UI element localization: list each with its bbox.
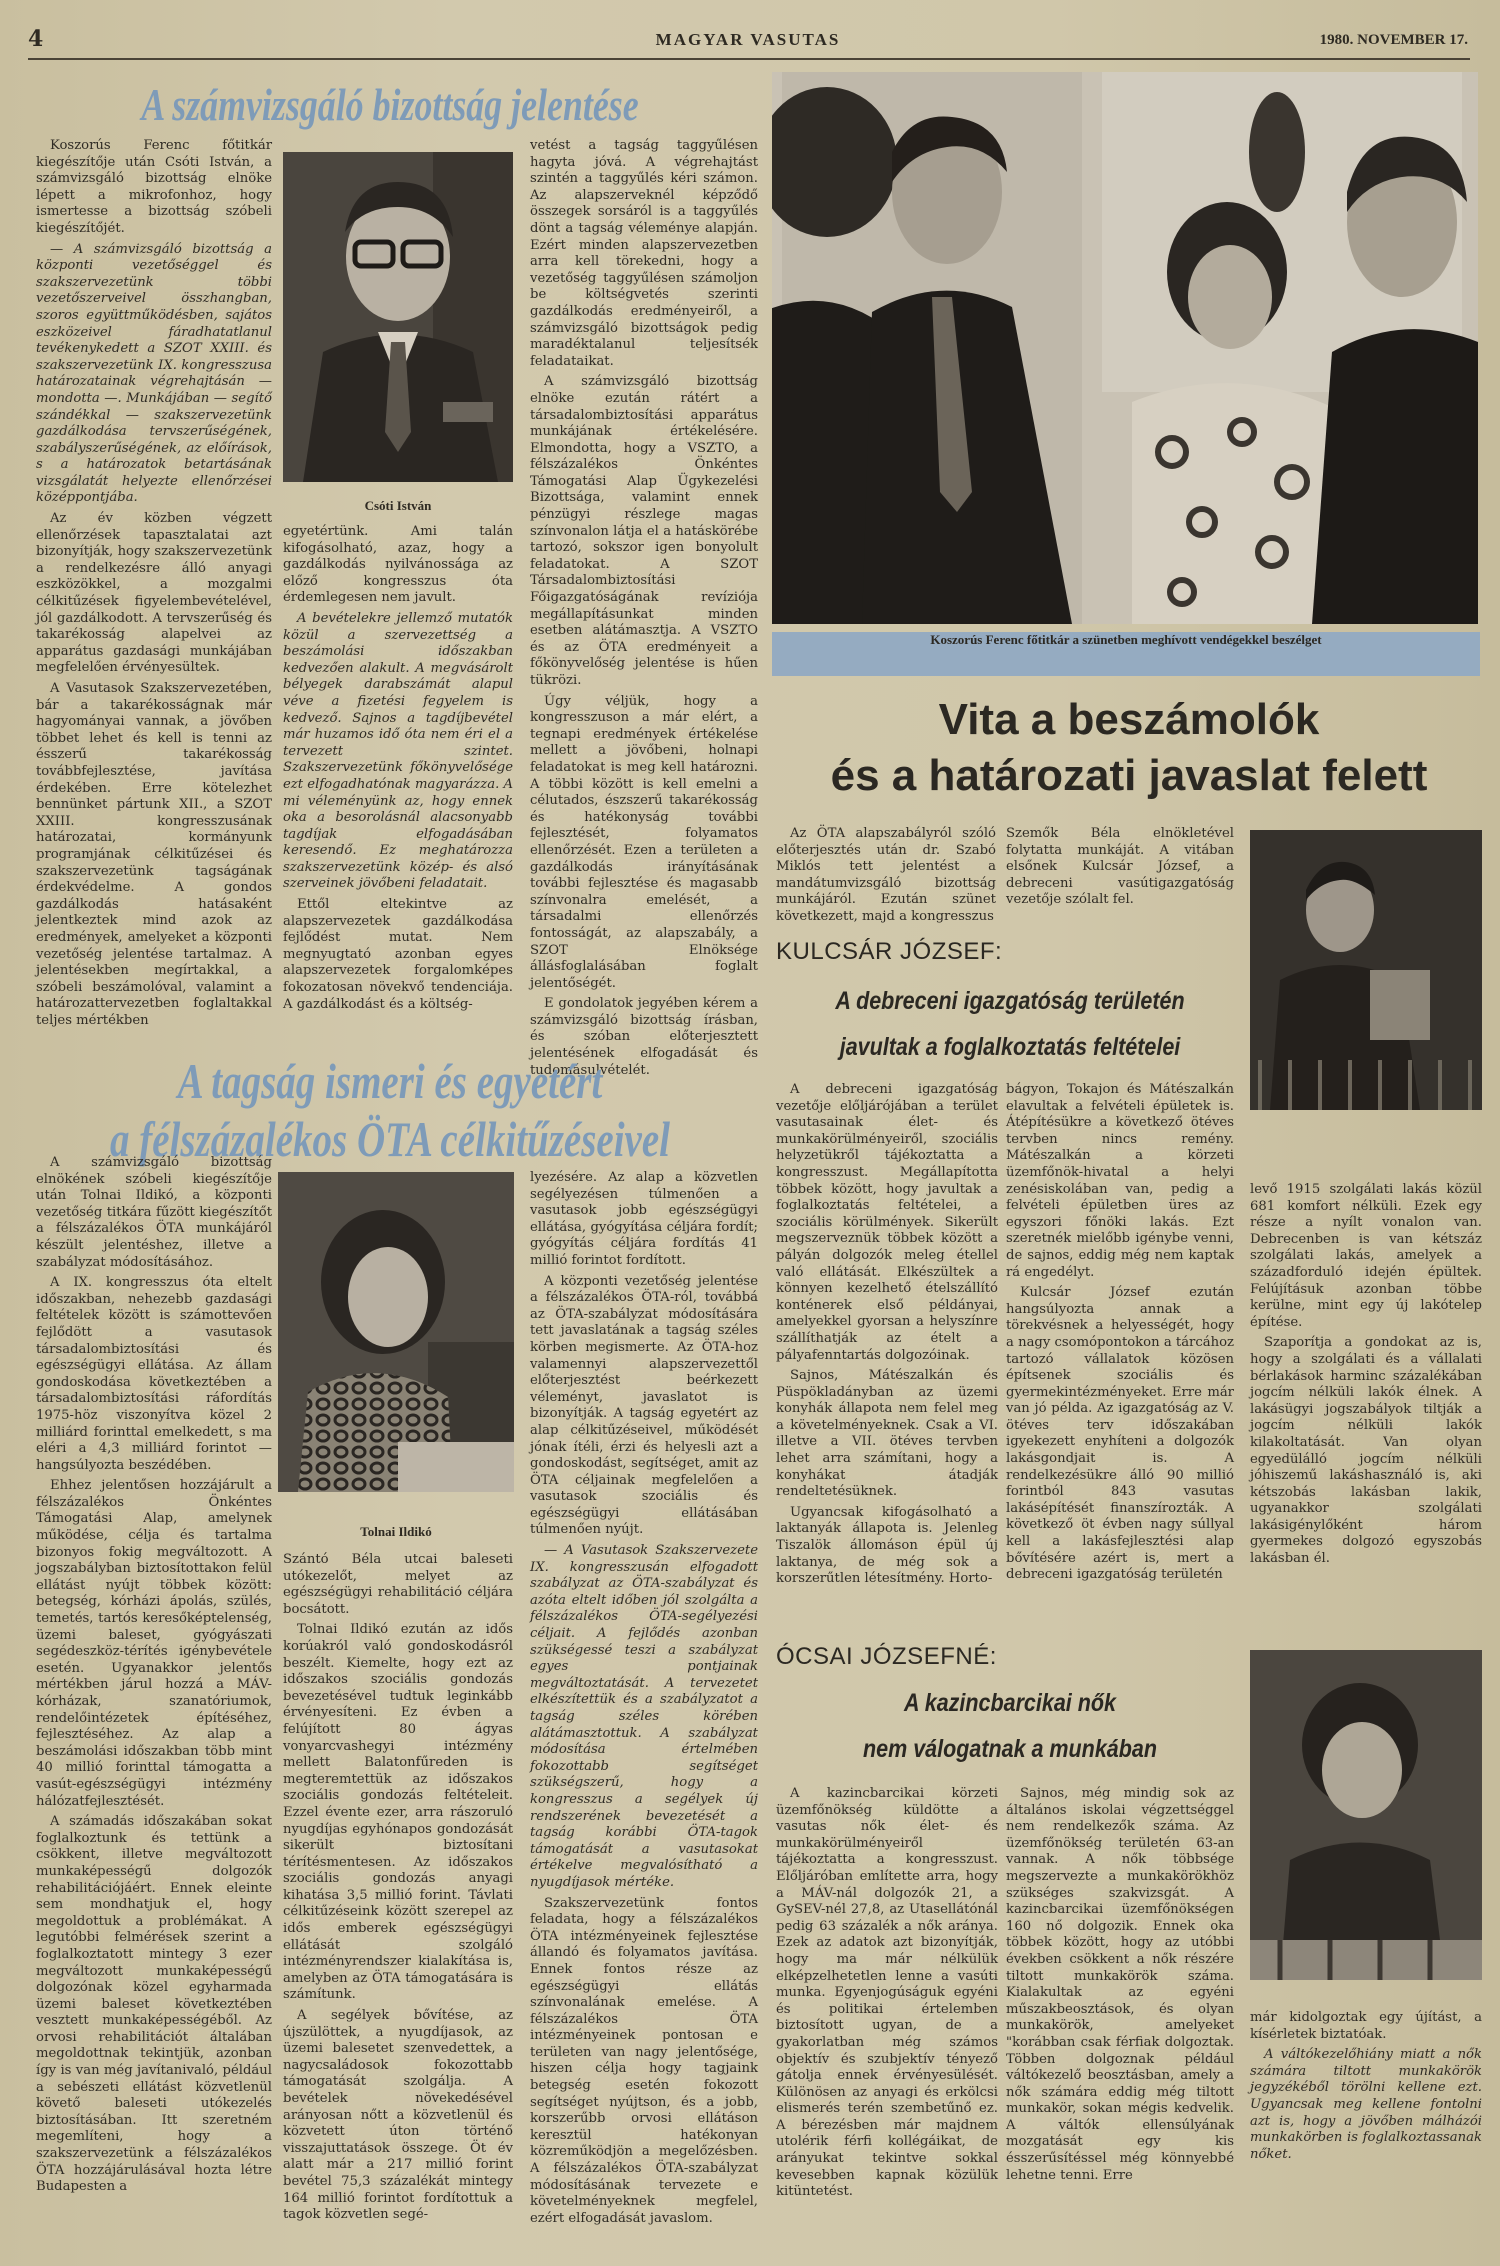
paragraph: Sajnos, Mátészalkán és Püspökladányban a… (776, 1368, 998, 1501)
portrait-woman-icon (278, 1172, 514, 1492)
paragraph: Az ÖTA alapszabályról szóló előterjeszté… (776, 826, 996, 926)
article3-intro-col1: Az ÖTA alapszabályról szóló előterjeszté… (776, 826, 996, 930)
article1-headline: A számvizsgáló bizottság jelentése (101, 78, 678, 132)
paragraph: Sajnos, még mindig sok az általános isko… (1006, 1786, 1234, 2184)
paragraph: A számvizsgáló bizottság elnökének szóbe… (36, 1155, 272, 1271)
publication-title: MAGYAR VASUTAS (28, 30, 1468, 50)
photo-caption-tolnai-ildiko: Tolnai Ildikó (278, 1524, 514, 1540)
photo-caption-bar: Koszorús Ferenc főtitkár a szünetben meg… (772, 632, 1480, 676)
article3-headline-line1: Vita a beszámolók (776, 694, 1482, 746)
issue-date: 1980. NOVEMBER 17. (1320, 32, 1468, 49)
masthead-rule (28, 58, 1470, 60)
paragraph: A bevételekre jellemző mutatók közül a s… (283, 611, 513, 893)
paragraph: Szemők Béla elnökletével folytatta munká… (1006, 826, 1234, 909)
paragraph: Szaporítja a gondokat az is, hogy a szol… (1250, 1335, 1482, 1567)
paragraph: A számadás időszakában sokat foglalkoztu… (36, 1814, 272, 2196)
paragraph: Ettől eltekintve az alapszervezetek gazd… (283, 897, 513, 1013)
portrait-woman-speaker-icon (1250, 1650, 1482, 1980)
speaker-ocsai: ÓCSAI JÓZSEFNÉ: (776, 1643, 997, 1671)
newspaper-page: 4 MAGYAR VASUTAS 1980. NOVEMBER 17. A sz… (0, 0, 1500, 2266)
speech2-title-line1: A kazincbarcikai nők (821, 1688, 1199, 1718)
speech1-col1: A debreceni igazgatóság vezetője előljár… (776, 1082, 998, 1592)
paragraph: A váltókezelőhiány miatt a nők számára t… (1250, 2047, 1482, 2163)
paragraph: A központi vezetőség jelentése a félszáz… (530, 1274, 758, 1540)
paragraph: egyetértünk. Ami talán kifogásolható, az… (283, 524, 513, 607)
speech1-title-line1: A debreceni igazgatóság területén (821, 986, 1199, 1016)
paragraph: Tolnai Ildikó ezután az idős korúakról v… (283, 1622, 513, 2004)
photo-ocsai-jozsefne (1250, 1650, 1482, 1980)
article3-intro-col2: Szemők Béla elnökletével folytatta munká… (1006, 826, 1234, 913)
portrait-speaker-icon (1250, 830, 1482, 1110)
paragraph: vetést a tagság taggyűlésen hagyta jóvá.… (530, 138, 758, 370)
paragraph: lyezésére. Az alap a közvetlen segélyezé… (530, 1170, 758, 1270)
paragraph: már kidolgoztak egy újítást, a kísérlete… (1250, 2010, 1482, 2043)
photo-caption-group: Koszorús Ferenc főtitkár a szünetben meg… (772, 632, 1480, 648)
article1-col1: Koszorús Ferenc főtitkár kiegészítője ut… (36, 138, 272, 1033)
paragraph: Az év közben végzett ellenőrzések tapasz… (36, 511, 272, 677)
paragraph: Szakszervezetünk fontos feladata, hogy a… (530, 1896, 758, 2228)
article1-col2: egyetértünk. Ami talán kifogásolható, az… (283, 524, 513, 1017)
article2-headline-line1: A tagság ismeri és egyetért (101, 1052, 678, 1110)
photo-kulcsar-jozsef (1250, 830, 1482, 1110)
article2-col1: A számvizsgáló bizottság elnökének szóbe… (36, 1155, 272, 2200)
paragraph: — A Vasutasok Szakszervezete IX. kongres… (530, 1543, 758, 1891)
speech2-col3: már kidolgoztak egy újítást, a kísérlete… (1250, 2010, 1482, 2167)
speech1-col2: bágyon, Tokajon és Mátészalkán elavultak… (1006, 1082, 1234, 1588)
paragraph: A IX. kongresszus óta eltelt időszakban,… (36, 1275, 272, 1474)
paragraph: A Vasutasok Szakszervezetében, bár a tak… (36, 681, 272, 1029)
paragraph: Úgy véljük, hogy a kongresszuson a már e… (530, 694, 758, 993)
paragraph: — A számvizsgáló bizottság a központi ve… (36, 242, 272, 508)
photo-group-conversation (772, 72, 1478, 624)
article2-col3: lyezésére. Az alap a közvetlen segélyezé… (530, 1170, 758, 2231)
speech1-title-line2: javultak a foglalkoztatás feltételei (821, 1032, 1199, 1062)
group-photo-icon (772, 72, 1478, 624)
article2-headline: A tagság ismeri és egyetért a félszázalé… (101, 1052, 678, 1168)
paragraph: bágyon, Tokajon és Mátészalkán elavultak… (1006, 1082, 1234, 1281)
paragraph: A kazincbarcikai körzeti üzemfőnökség kü… (776, 1786, 998, 2201)
paragraph: A debreceni igazgatóság vezetője előljár… (776, 1082, 998, 1364)
photo-caption-csoti-istvan: Csóti István (283, 498, 513, 514)
speech2-title-line2: nem válogatnak a munkában (821, 1734, 1199, 1764)
speech1-col3: levő 1915 szolgálati lakás közül 681 kom… (1250, 1182, 1482, 1572)
paragraph: levő 1915 szolgálati lakás közül 681 kom… (1250, 1182, 1482, 1331)
paragraph: Koszorús Ferenc főtitkár kiegészítője ut… (36, 138, 272, 238)
portrait-man-icon (283, 152, 513, 482)
speech2-col1: A kazincbarcikai körzeti üzemfőnökség kü… (776, 1786, 998, 2205)
speaker-kulcsar: KULCSÁR JÓZSEF: (776, 938, 1002, 966)
article3-headline-line2: és a határozati javaslat felett (776, 750, 1482, 802)
speech2-col2: Sajnos, még mindig sok az általános isko… (1006, 1786, 1234, 2188)
article1-col3: vetést a tagság taggyűlésen hagyta jóvá.… (530, 138, 758, 1083)
photo-csoti-istvan (283, 152, 513, 482)
paragraph: Kulcsár József ezután hangsúlyozta annak… (1006, 1285, 1234, 1584)
article2-col2: Szántó Béla utcai baleseti utókezelőt, m… (283, 1552, 513, 2228)
paragraph: Szántó Béla utcai baleseti utókezelőt, m… (283, 1552, 513, 1618)
photo-tolnai-ildiko (278, 1172, 514, 1492)
paragraph: Ugyancsak kifogásolható a laktanyák álla… (776, 1505, 998, 1588)
masthead: 4 MAGYAR VASUTAS 1980. NOVEMBER 17. (28, 26, 1468, 60)
paragraph: A segélyek bővítése, az újszülöttek, a n… (283, 2008, 513, 2224)
paragraph: A számvizsgáló bizottság elnöke ezután r… (530, 374, 758, 689)
paragraph: Ehhez jelentősen hozzájárult a félszázal… (36, 1478, 272, 1810)
